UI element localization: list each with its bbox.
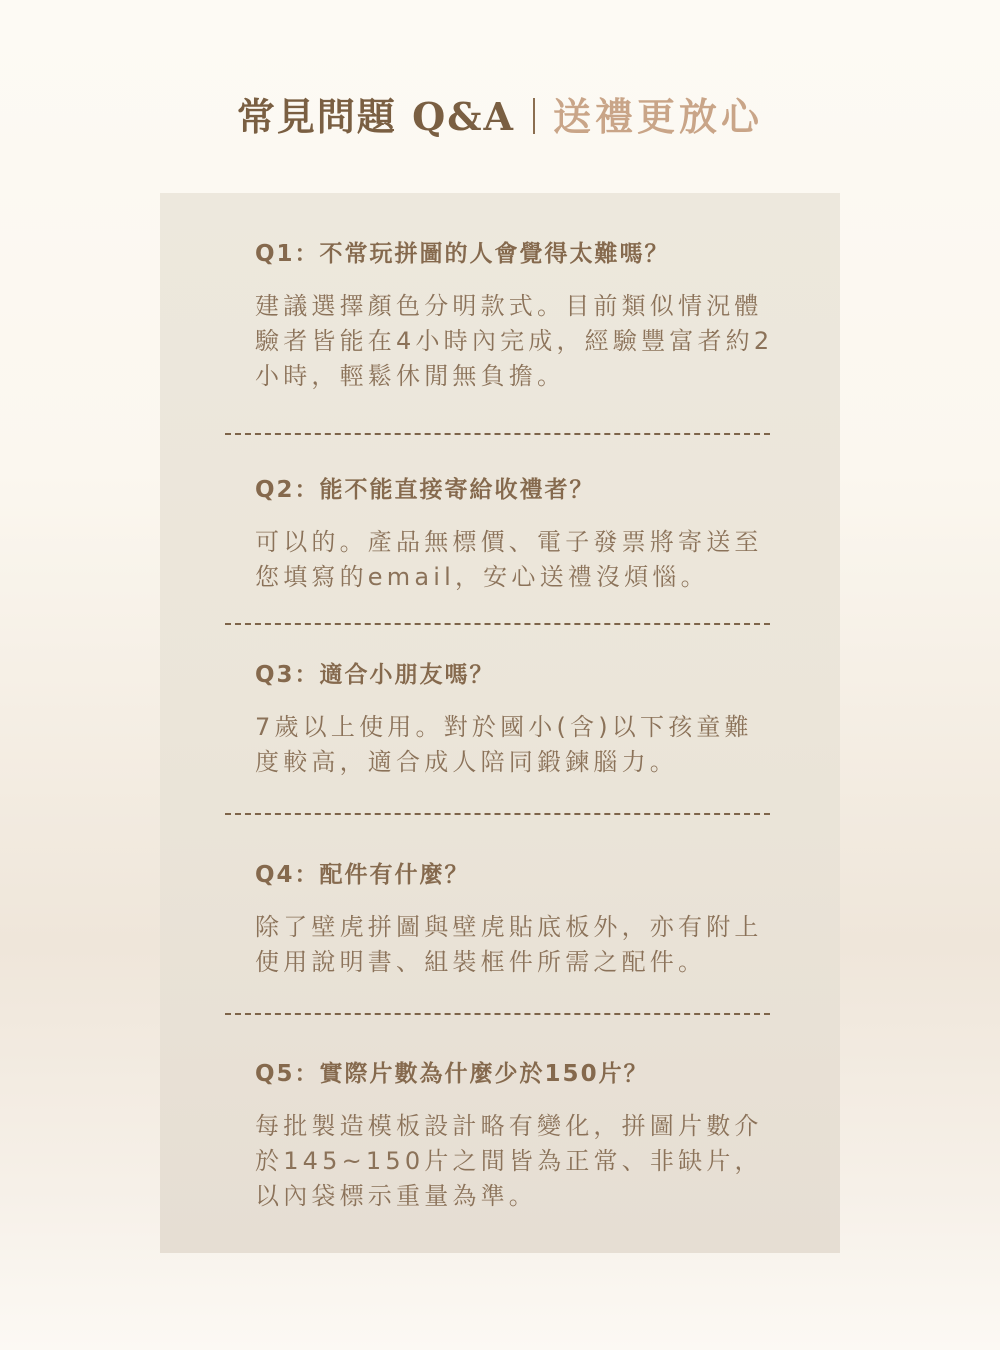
faq-item-4: Q4：配件有什麼？ 除了壁虎拼圖與壁虎貼底板外，亦有附上使用說明書、組裝框件所需… [255, 860, 775, 980]
faq-divider [225, 1013, 770, 1015]
faq-item-2: Q2：能不能直接寄給收禮者？ 可以的。產品無標價、電子發票將寄送至您填寫的ema… [255, 475, 775, 595]
faq-question: Q2：能不能直接寄給收禮者？ [255, 475, 775, 505]
faq-divider [225, 623, 770, 625]
faq-question: Q1：不常玩拼圖的人會覺得太難嗎？ [255, 239, 775, 269]
faq-question: Q3：適合小朋友嗎？ [255, 660, 775, 690]
faq-item-3: Q3：適合小朋友嗎？ 7歲以上使用。對於國小(含)以下孩童難度較高，適合成人陪同… [255, 660, 775, 780]
faq-item-1: Q1：不常玩拼圖的人會覺得太難嗎？ 建議選擇顏色分明款式。目前類似情況體驗者皆能… [255, 239, 775, 394]
faq-answer: 建議選擇顏色分明款式。目前類似情況體驗者皆能在4小時內完成，經驗豐富者約2小時，… [255, 289, 775, 394]
faq-divider [225, 813, 770, 815]
title-sub: 送禮更放心 [553, 94, 763, 139]
title-main: 常見問題 Q&A [237, 94, 515, 139]
title-separator [533, 98, 535, 134]
faq-answer: 可以的。產品無標價、電子發票將寄送至您填寫的email，安心送禮沒煩惱。 [255, 525, 775, 595]
faq-item-5: Q5：實際片數為什麼少於150片？ 每批製造模板設計略有變化，拼圖片數介於145… [255, 1059, 775, 1214]
page-title: 常見問題 Q&A送禮更放心 [0, 92, 1000, 142]
faq-question: Q5：實際片數為什麼少於150片？ [255, 1059, 775, 1089]
faq-answer: 每批製造模板設計略有變化，拼圖片數介於145~150片之間皆為正常、非缺片，以內… [255, 1109, 775, 1214]
faq-panel: Q1：不常玩拼圖的人會覺得太難嗎？ 建議選擇顏色分明款式。目前類似情況體驗者皆能… [160, 193, 840, 1253]
faq-divider [225, 433, 770, 435]
faq-answer: 7歲以上使用。對於國小(含)以下孩童難度較高，適合成人陪同鍛鍊腦力。 [255, 710, 775, 780]
faq-answer: 除了壁虎拼圖與壁虎貼底板外，亦有附上使用說明書、組裝框件所需之配件。 [255, 910, 775, 980]
faq-question: Q4：配件有什麼？ [255, 860, 775, 890]
